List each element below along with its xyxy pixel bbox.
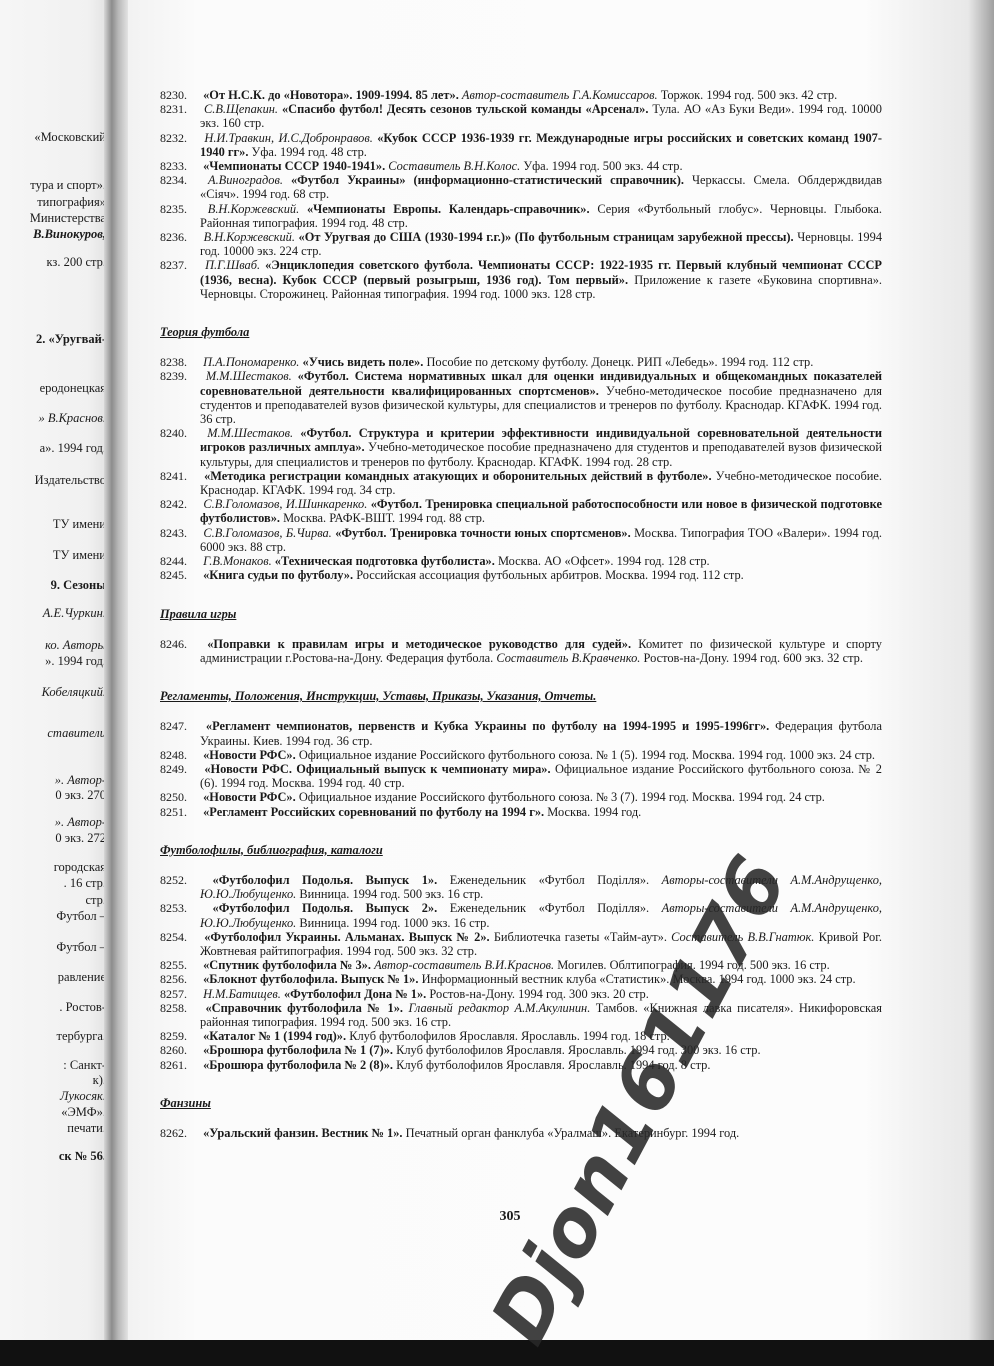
catalog-entry: 8256. «Блокнот футболофила. Выпуск № 1».… [160,972,882,986]
catalog-entry: 8242. С.В.Голомазов, И.Шинкаренко. «Футб… [160,497,882,525]
entry-details: Клуб футболофилов Ярославля. Ярославль. … [396,1058,710,1072]
page-number: 305 [160,1209,860,1225]
entry-number: 8234. [160,173,200,187]
entry-author: А.Виноградов. [208,173,283,187]
entry-number: 8262. [160,1126,200,1140]
left-page-text-fragment: «Московский [34,130,106,145]
entry-title: «Поправки к правилам игры и методическое… [207,637,631,651]
catalog-entry: 8247. «Регламент чемпионатов, первенств … [160,719,882,747]
catalog-entry: 8262. «Уральский фанзин. Вестник № 1». П… [160,1126,882,1140]
entry-title: «Справочник футболофила № 1». [205,1001,403,1015]
entry-number: 8249. [160,762,200,776]
entry-author: С.В.Голомазов, Б.Чирва. [203,526,331,540]
left-page-text-fragment: . Ростов- [59,1000,106,1015]
catalog-entry: 8250. «Новости РФС». Официальное издание… [160,790,882,804]
entry-title: «Техническая подготовка футболиста». [275,554,495,568]
left-page-text-fragment: А.Е.Чуркин. [43,606,106,621]
entry-number: 8240. [160,426,200,440]
left-page-text-fragment: ко. Авторы [45,638,106,653]
section-heading: Теория футбола [160,325,882,339]
entry-title: «Каталог № 1 (1994 год)». [203,1029,346,1043]
entry-title: «Брошюра футболофила № 2 (8)». [203,1058,393,1072]
catalog-entry: 8260. «Брошюра футболофила № 1 (7)». Клу… [160,1043,882,1057]
left-page-text-fragment: : Санкт- [63,1058,106,1073]
entry-credit: Главный редактор А.М.Акулинин. [409,1001,591,1015]
left-page-text-fragment: тербурга. [57,1029,106,1044]
entry-title: «Спутник футболофила № 3». [203,958,371,972]
entry-details: Москва. АО «Офсет». 1994 год. 128 стр. [498,554,710,568]
entry-details: Винница. 1994 год. 500 экз. 16 стр. [299,887,483,901]
catalog-entry: 8239. М.М.Шестаков. «Футбол. Система нор… [160,369,882,426]
entry-number: 8230. [160,88,200,102]
entry-details: Торжок. 1994 год. 500 экз. 42 стр. [661,88,837,102]
left-page-text-fragment: городская [54,860,106,875]
entry-author: В.Н.Коржевский. [208,202,299,216]
entry-details: Клуб футболофилов Ярославля. Ярославль. … [396,1043,760,1057]
left-page-text-fragment: ставители [47,726,106,741]
entry-details: Уфа. 1994 год. 500 экз. 44 стр. [523,159,682,173]
catalog-entry: 8237. П.Г.Шваб. «Энциклопедия советского… [160,258,882,301]
entry-details: Ростов-на-Дону. 1994 год. 300 экз. 20 ст… [429,987,648,1001]
entry-author: Н.М.Батищев. [203,987,281,1001]
left-page-text-fragment: Министерства [30,211,106,226]
left-page-text-fragment: типография» [37,195,106,210]
entry-number: 8255. [160,958,200,972]
entry-number: 8251. [160,805,200,819]
catalog-entry: 8231. С.В.Щепакин. «Спасибо футбол! Деся… [160,102,882,130]
entry-details: Печатный орган фанклуба «Уралмаш». Екате… [406,1126,740,1140]
entry-details: Библиотечка газеты «Тайм-аут». [494,930,667,944]
entry-title: «Книга судьи по футболу». [203,568,353,582]
entry-title: «Методика регистрации командных атакующи… [204,469,712,483]
entry-details: Еженедельник «Футбол Поділля». [450,873,649,887]
entry-title: «Футболофил Украины. Альманах. Выпуск № … [204,930,489,944]
left-page-text-fragment: равление [58,970,106,985]
entry-author: М.М.Шестаков. [207,426,293,440]
entry-title: «Новости РФС. Официальный выпуск к чемпи… [204,762,550,776]
section-heading: Фанзины [160,1096,882,1110]
catalog-entry: 8248. «Новости РФС». Официальное издание… [160,748,882,762]
catalog-entry: 8235. В.Н.Коржевский. «Чемпионаты Европы… [160,202,882,230]
entry-title: «Брошюра футболофила № 1 (7)». [203,1043,393,1057]
entry-details: Еженедельник «Футбол Поділля». [450,901,649,915]
entry-author: П.А.Пономаренко. [203,355,299,369]
entry-details: Российская ассоциация футбольных арбитро… [356,568,744,582]
left-page-text-fragment: ». 1994 год. [45,654,106,669]
left-page-text-fragment: ТУ имени [53,548,106,563]
left-page-text-fragment: Лукосяк. [60,1089,106,1104]
entry-credit: Автор-составитель В.И.Краснов. [374,958,554,972]
left-page-text-fragment: 0 экз. 270 [55,788,106,803]
entry-author: П.Г.Шваб. [205,258,260,272]
entry-number: 8252. [160,873,200,887]
catalog-entry: 8230. «От Н.С.К. до «Новотора». 1909-199… [160,88,882,102]
entry-number: 8257. [160,987,200,1001]
entry-details: Москва. 1994 год. [547,805,641,819]
entry-number: 8245. [160,568,200,582]
entry-title: «Блокнот футболофила. Выпуск № 1». [203,972,418,986]
entry-number: 8259. [160,1029,200,1043]
entry-number: 8247. [160,719,200,733]
left-page-text-fragment: стр. [85,893,106,908]
entry-number: 8239. [160,369,200,383]
entry-number: 8258. [160,1001,200,1015]
entry-title: «Спасибо футбол! Десять сезонов тульской… [282,102,648,116]
entry-number: 8261. [160,1058,200,1072]
entry-number: 8232. [160,131,200,145]
left-page-text-fragment: ». Автор- [55,773,106,788]
entry-author: С.В.Щепакин. [204,102,278,116]
left-page-text-fragment: ск № 56. [59,1149,106,1164]
entry-number: 8231. [160,102,200,116]
entry-details: Винница. 1994 год. 1000 экз. 16 стр. [299,916,489,930]
left-page-text-fragment: 2. «Уругвай- [36,332,106,347]
entry-number: 8248. [160,748,200,762]
catalog-entry: 8236. В.Н.Коржевский. «От Уругвая до США… [160,230,882,258]
entry-credit: Составитель В.Кравченко. [496,651,640,665]
catalog-entry: 8261. «Брошюра футболофила № 2 (8)». Клу… [160,1058,882,1072]
left-page-text-fragment: ТУ имени [53,517,106,532]
catalog-entry: 8240. М.М.Шестаков. «Футбол. Структура и… [160,426,882,469]
section-heading: Регламенты, Положения, Инструкции, Устав… [160,689,882,703]
entry-details: Москва. РАФК-ВШТ. 1994 год. 88 стр. [283,511,485,525]
left-page-fragment: «Московскийтура и спорт».типография»Мини… [0,0,110,1340]
entry-title: «Регламент чемпионатов, первенств и Кубк… [206,719,769,733]
entry-details: Информационный вестник клуба «Статистик»… [422,972,856,986]
left-page-text-fragment: Издательство [35,473,106,488]
entry-number: 8242. [160,497,200,511]
entry-title: «От Н.С.К. до «Новотора». 1909-1994. 85 … [203,88,459,102]
catalog-entry: 8249. «Новости РФС. Официальный выпуск к… [160,762,882,790]
left-page-text-fragment: «ЭМФ». [61,1105,106,1120]
entry-title: «Чемпионаты Европы. Календарь-справочник… [307,202,590,216]
left-page-text-fragment: кз. 200 стр. [46,255,106,270]
catalog-entry: 8243. С.В.Голомазов, Б.Чирва. «Футбол. Т… [160,526,882,554]
catalog-entry: 8251. «Регламент Российских соревнований… [160,805,882,819]
entry-title: «Уральский фанзин. Вестник № 1». [203,1126,402,1140]
entry-number: 8243. [160,526,200,540]
entry-details: Клуб футболофилов Ярославля. Ярославль. … [349,1029,670,1043]
entry-number: 8233. [160,159,200,173]
entry-number: 8235. [160,202,200,216]
left-page-text-fragment: В.Винокуров, [33,227,106,242]
left-page-text-fragment: ». Автор- [55,815,106,830]
entry-number: 8237. [160,258,200,272]
book-spread: «Московскийтура и спорт».типография»Мини… [0,0,994,1366]
entry-number: 8236. [160,230,200,244]
entry-number: 8260. [160,1043,200,1057]
entry-number: 8250. [160,790,200,804]
entry-details: Уфа. 1994 год. 48 стр. [252,145,367,159]
entry-title: «Футболофил Дона № 1». [284,987,426,1001]
entry-details: Могилев. Облтипография. 1994 год. 500 эк… [557,958,829,972]
catalog-entry: 8253. «Футболофил Подолья. Выпуск 2». Еж… [160,901,882,929]
entry-number: 8246. [160,637,200,651]
catalog-entry: 8241. «Методика регистрации командных ат… [160,469,882,497]
catalog-entry: 8259. «Каталог № 1 (1994 год)». Клуб фут… [160,1029,882,1043]
entry-title: «Учись видеть поле». [303,355,424,369]
entry-credit: Составитель В.В.Гнатюк. [671,930,814,944]
catalog-entry: 8233. «Чемпионаты СССР 1940-1941». Соста… [160,159,882,173]
catalog-entry: 8258. «Справочник футболофила № 1». Глав… [160,1001,882,1029]
entry-details: Официальное издание Российского футбольн… [299,790,825,804]
catalog-content: 8230. «От Н.С.К. до «Новотора». 1909-199… [160,88,882,1152]
entry-author: Н.И.Травкин, И.С.Добронравов. [204,131,372,145]
entry-title: «Новости РФС». [203,748,296,762]
entry-title: «Футбол Украины» (информационно-статисти… [291,173,684,187]
catalog-entry: 8246. «Поправки к правилам игры и методи… [160,637,882,665]
entry-details: Официальное издание Российского футбольн… [299,748,875,762]
entry-title: «Футбол. Тренировка точности юных спортс… [335,526,631,540]
left-page-text-fragment: печати. [67,1121,106,1136]
entry-credit: Автор-составитель Г.А.Комиссаров. [462,88,658,102]
entry-title: «Чемпионаты СССР 1940-1941». [203,159,385,173]
left-page-text-fragment: » В.Краснов. [39,411,107,426]
catalog-entry: 8257. Н.М.Батищев. «Футболофил Дона № 1»… [160,987,882,1001]
left-page-text-fragment: а». 1994 год. [40,441,106,456]
left-page-text-fragment: еродонецкая [40,381,106,396]
entry-title: «Футболофил Подолья. Выпуск 2». [213,901,438,915]
entry-author: С.В.Голомазов, И.Шинкаренко. [203,497,367,511]
entry-number: 8256. [160,972,200,986]
entry-number: 8241. [160,469,200,483]
catalog-entry: 8254. «Футболофил Украины. Альманах. Вып… [160,930,882,958]
entry-author: В.Н.Коржевский. [204,230,295,244]
section-heading: Футболофилы, библиография, каталоги [160,843,882,857]
catalog-entry: 8232. Н.И.Травкин, И.С.Добронравов. «Куб… [160,131,882,159]
left-page-text-fragment: . 16 стр. [64,876,106,891]
entry-author: Г.В.Монаков. [203,554,272,568]
catalog-entry: 8255. «Спутник футболофила № 3». Автор-с… [160,958,882,972]
entry-title: «Футболофил Подолья. Выпуск 1». [213,873,438,887]
entry-number: 8238. [160,355,200,369]
left-page-text-fragment: Кобеляцкий. [42,685,106,700]
scan-bottom-edge [0,1340,994,1366]
catalog-entry: 8234. А.Виноградов. «Футбол Украины» (ин… [160,173,882,201]
entry-title: «Новости РФС». [203,790,296,804]
catalog-entry: 8244. Г.В.Монаков. «Техническая подготов… [160,554,882,568]
entry-number: 8244. [160,554,200,568]
left-page-text-fragment: тура и спорт». [30,178,106,193]
left-page-text-fragment: 9. Сезоны [51,578,106,593]
entry-title: «От Уругвая до США (1930-1994 г.г.)» (По… [299,230,794,244]
left-page-text-fragment: Футбол – [56,909,106,924]
left-page-text-fragment: 0 экз. 272 [55,831,106,846]
entry-author: М.М.Шестаков. [206,369,292,383]
book-gutter [104,0,130,1340]
entry-number: 8254. [160,930,200,944]
catalog-entry: 8245. «Книга судьи по футболу». Российск… [160,568,882,582]
entry-title: «Регламент Российских соревнований по фу… [203,805,544,819]
section-heading: Правила игры [160,607,882,621]
catalog-entry: 8238. П.А.Пономаренко. «Учись видеть пол… [160,355,882,369]
left-page-text-fragment: Футбол – [56,940,106,955]
catalog-entry: 8252. «Футболофил Подолья. Выпуск 1». Еж… [160,873,882,901]
entry-number: 8253. [160,901,200,915]
entry-details: Ростов-на-Дону. 1994 год. 600 экз. 32 ст… [643,651,862,665]
entry-details: Пособие по детскому футболу. Донецк. РИП… [426,355,813,369]
entry-credit: Составитель В.Н.Колос. [388,159,520,173]
